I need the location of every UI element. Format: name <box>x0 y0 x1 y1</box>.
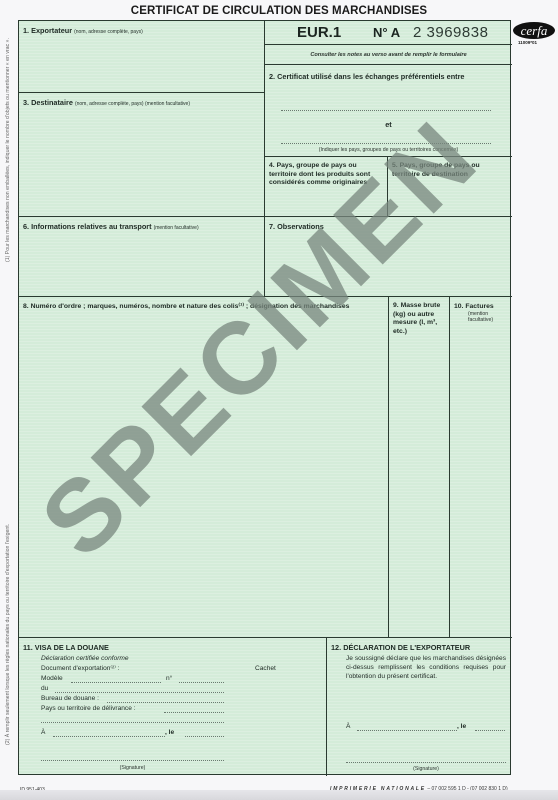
box-11-no-label: n° <box>166 674 172 684</box>
box-11-du-field[interactable] <box>55 692 224 693</box>
box-12-a-label: À <box>346 722 350 732</box>
side-note-1: (1) Pour les marchandises non emballées,… <box>5 38 11 262</box>
box-11-signature-label: (Signature) <box>41 765 224 771</box>
box-4-pays-origine[interactable]: 4. Pays, groupe de pays ou territoire do… <box>265 157 388 217</box>
box-2-certificat[interactable]: 2. Certificat utilisé dans les échanges … <box>265 65 512 157</box>
box-1-number: 1. <box>23 26 29 35</box>
box-11-bureau-label: Bureau de douane : <box>41 694 99 704</box>
box-7-observations[interactable]: 7. Observations <box>265 217 512 297</box>
box-5-number: 5. <box>392 162 398 169</box>
box-9-number: 9. <box>393 302 399 309</box>
box-6-number: 6. <box>23 222 29 231</box>
serial-number: 2 3969838 <box>413 24 488 41</box>
box-11-du-label: du <box>41 684 48 694</box>
box-11-a-field[interactable] <box>53 736 165 737</box>
box-11-no-field[interactable] <box>179 682 224 683</box>
box-12-declaration[interactable]: 12. DÉCLARATION DE L'EXPORTATEUR Je sous… <box>327 638 512 776</box>
box-1-label: Exportateur <box>31 26 72 35</box>
box-11-signature-field[interactable] <box>41 760 224 761</box>
box-12-text: Je soussigné déclare que les marchandise… <box>346 654 506 681</box>
serial-prefix: N° A <box>373 25 400 40</box>
box-6-transport[interactable]: 6. Informations relatives au transport (… <box>19 217 265 297</box>
box-8-number: 8. <box>23 303 29 310</box>
eur1-form: 1. Exportateur (nom, adresse complète, p… <box>18 20 511 775</box>
box-11-bureau-field[interactable] <box>107 702 224 703</box>
box-2-number: 2. <box>269 72 275 81</box>
box-11-pays-field-2[interactable] <box>41 722 224 723</box>
box-9-label: Masse brute (kg) ou autre mesure (l, m³,… <box>393 302 440 335</box>
side-note-2: (2) À remplir seulement lorsque les règl… <box>5 524 11 745</box>
box-11-label: VISA DE LA DOUANE <box>35 643 109 652</box>
header-eur1: EUR.1 N° A 2 3969838 <box>265 21 512 45</box>
box-2-line-1 <box>281 110 491 111</box>
box-12-le-label: , le <box>457 722 466 732</box>
notice-row: Consulter les notes au verso avant de re… <box>265 45 512 65</box>
box-11-cachet: Cachet <box>255 664 276 674</box>
box-10-hint: (mention facultative) <box>468 312 504 323</box>
box-12-signature-label: (Signature) <box>346 766 506 772</box>
box-12-a-field[interactable] <box>357 730 457 731</box>
box-11-pays-label: Pays ou territoire de délivrance : <box>41 704 136 714</box>
box-7-number: 7. <box>269 222 275 231</box>
box-2-hint: (Indiquer les pays, groupes de pays ou t… <box>265 147 512 153</box>
box-11-visa-douane[interactable]: 11. VISA DE LA DOUANE Déclaration certif… <box>19 638 327 776</box>
box-8-label: Numéro d'ordre ; marques, numéros, nombr… <box>31 303 350 310</box>
box-11-le-field[interactable] <box>185 736 224 737</box>
box-1-exportateur[interactable]: 1. Exportateur (nom, adresse complète, p… <box>19 21 265 93</box>
box-11-doc-export: Document d'exportation⁽²⁾ : <box>41 664 120 674</box>
box-2-line-2 <box>281 143 491 144</box>
box-11-modele-field[interactable] <box>71 682 161 683</box>
box-3-number: 3. <box>23 98 29 107</box>
box-9-masse[interactable]: 9. Masse brute (kg) ou autre mesure (l, … <box>389 297 450 638</box>
box-12-label: DÉCLARATION DE L'EXPORTATEUR <box>343 643 470 652</box>
box-11-number: 11. <box>23 643 33 652</box>
box-4-number: 4. <box>269 162 275 169</box>
box-5-label: Pays, groupe de pays ou territoire de de… <box>392 162 480 178</box>
box-3-label: Destinataire <box>31 98 73 107</box>
cerfa-form-number: 11009*01 <box>518 40 537 45</box>
box-12-le-field[interactable] <box>475 730 505 731</box>
box-2-connector: et <box>265 120 512 130</box>
cerfa-logo: cerfa <box>513 22 555 39</box>
certificate-page: CERTIFICAT DE CIRCULATION DES MARCHANDIS… <box>0 0 558 800</box>
page-edge <box>0 790 558 800</box>
box-3-hint: (nom, adresse complète, pays) (mention f… <box>75 101 190 107</box>
box-6-label: Informations relatives au transport <box>31 222 151 231</box>
box-11-modele-label: Modèle <box>41 674 63 684</box>
box-11-le-label: , le <box>165 728 174 738</box>
box-6-hint: (mention facultative) <box>154 225 199 231</box>
box-1-hint: (nom, adresse complète, pays) <box>74 29 143 35</box>
box-12-number: 12. <box>331 643 341 652</box>
box-10-factures[interactable]: 10. Factures (mention facultative) <box>450 297 512 638</box>
box-8-designation[interactable]: 8. Numéro d'ordre ; marques, numéros, no… <box>19 297 389 638</box>
box-11-subtitle: Déclaration certifiée conforme <box>41 654 129 664</box>
box-7-label: Observations <box>277 222 324 231</box>
notice-text: Consulter les notes au verso avant de re… <box>265 52 512 58</box>
box-3-destinataire[interactable]: 3. Destinataire (nom, adresse complète, … <box>19 93 265 217</box>
box-5-pays-destination[interactable]: 5. Pays, groupe de pays ou territoire de… <box>388 157 512 217</box>
form-code: EUR.1 <box>297 24 341 41</box>
box-2-label: Certificat utilisé dans les échanges pré… <box>277 72 464 81</box>
box-11-a-label: À <box>41 728 45 738</box>
box-11-pays-field[interactable] <box>164 712 224 713</box>
document-title: CERTIFICAT DE CIRCULATION DES MARCHANDIS… <box>0 5 558 17</box>
box-10-label: Factures <box>465 303 493 310</box>
box-10-number: 10. <box>454 303 463 310</box>
box-4-label: Pays, groupe de pays ou territoire dont … <box>269 162 370 186</box>
box-12-signature-field[interactable] <box>346 762 506 763</box>
